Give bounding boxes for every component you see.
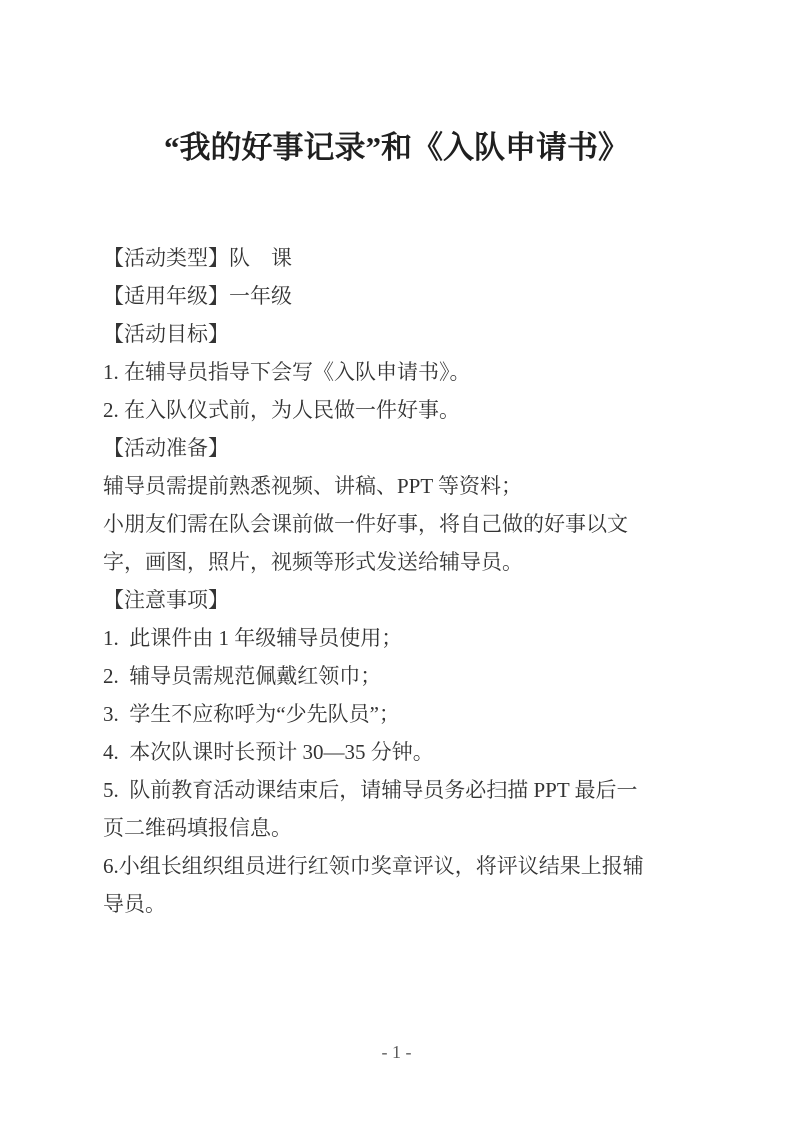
doc-line: 【注意事项】 <box>103 581 703 619</box>
doc-line: 1. 此课件由 1 年级辅导员使用； <box>103 619 703 657</box>
doc-line: 【活动准备】 <box>103 429 703 467</box>
doc-line: 2. 在入队仪式前，为人民做一件好事。 <box>103 391 703 429</box>
doc-line: 4. 本次队课时长预计 30—35 分钟。 <box>103 733 703 771</box>
doc-line: 2. 辅导员需规范佩戴红领巾； <box>103 657 703 695</box>
doc-line: 5. 队前教育活动课结束后，请辅导员务必扫描 PPT 最后一 <box>103 771 703 809</box>
doc-line: 【适用年级】一年级 <box>103 277 703 315</box>
doc-line: 【活动目标】 <box>103 315 703 353</box>
doc-line: 小朋友们需在队会课前做一件好事，将自己做的好事以文 <box>103 505 703 543</box>
page-number-footer: - 1 - <box>0 1040 793 1064</box>
doc-line: 导员。 <box>103 885 703 923</box>
doc-line: 【活动类型】队 课 <box>103 239 703 277</box>
document-body: 【活动类型】队 课【适用年级】一年级【活动目标】1. 在辅导员指导下会写《入队申… <box>103 239 703 923</box>
doc-line: 3. 学生不应称呼为“少先队员”； <box>103 695 703 733</box>
document-title: “我的好事记录”和《入队申请书》 <box>0 126 793 170</box>
doc-line: 辅导员需提前熟悉视频、讲稿、PPT 等资料； <box>103 467 703 505</box>
doc-line: 页二维码填报信息。 <box>103 809 703 847</box>
doc-line: 1. 在辅导员指导下会写《入队申请书》。 <box>103 353 703 391</box>
document-page: “我的好事记录”和《入队申请书》 【活动类型】队 课【适用年级】一年级【活动目标… <box>0 0 793 1122</box>
doc-line: 6.小组长组织组员进行红领巾奖章评议，将评议结果上报辅 <box>103 847 703 885</box>
doc-line: 字，画图，照片，视频等形式发送给辅导员。 <box>103 543 703 581</box>
